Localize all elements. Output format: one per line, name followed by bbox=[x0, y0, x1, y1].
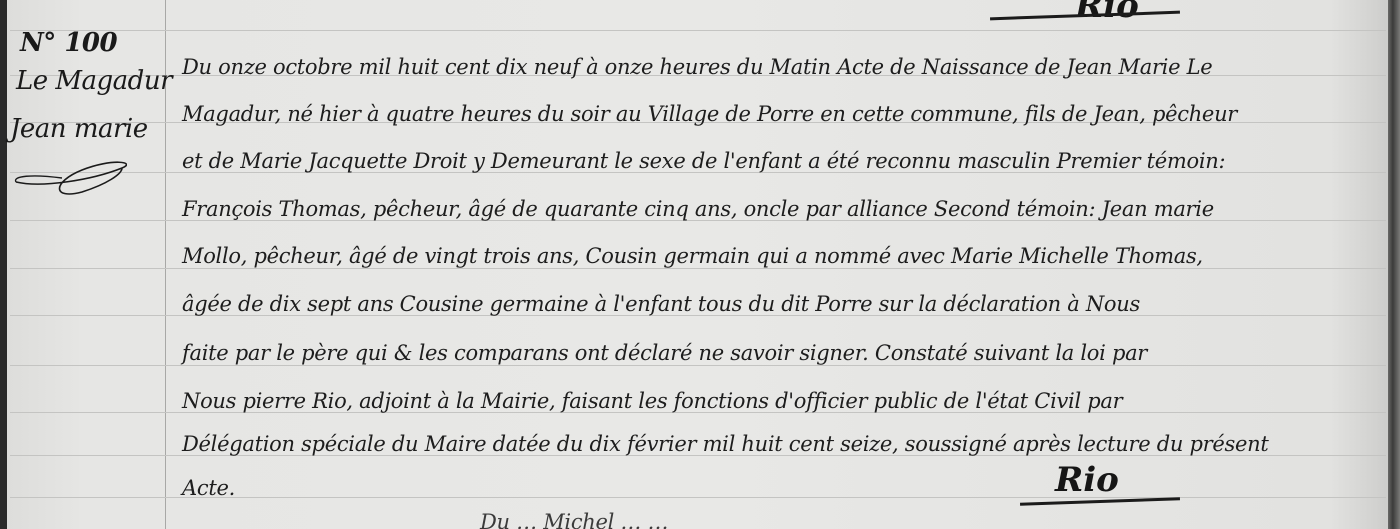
footer-signature: Rio bbox=[1055, 460, 1119, 500]
page-edge bbox=[0, 0, 7, 529]
body-line-4: François Thomas, pêcheur, âgé de quarant… bbox=[182, 199, 1214, 220]
margin-flourish-icon bbox=[12, 160, 127, 198]
document-page: Rio N° 100 Le Magadur Jean marie Du onze… bbox=[0, 0, 1400, 529]
body-line-1: Du onze octobre mil huit cent dix neuf à… bbox=[182, 57, 1212, 78]
body-line-6: âgée de dix sept ans Cousine germaine à … bbox=[182, 294, 1140, 315]
body-line-10: Acte. bbox=[182, 478, 235, 499]
body-line-2: Magadur, né hier à quatre heures du soir… bbox=[182, 104, 1237, 125]
body-line-9: Délégation spéciale du Maire datée du di… bbox=[182, 434, 1268, 455]
margin-given-name: Jean marie bbox=[10, 116, 148, 142]
body-line-8: Nous pierre Rio, adjoint à la Mairie, fa… bbox=[182, 391, 1122, 412]
margin-surname: Le Magadur bbox=[16, 68, 172, 94]
partial-next-line: Du … Michel … … bbox=[480, 512, 668, 529]
ruled-line bbox=[10, 365, 1386, 366]
record-number: N° 100 bbox=[20, 30, 117, 56]
ruled-line bbox=[10, 268, 1386, 269]
body-line-5: Mollo, pêcheur, âgé de vingt trois ans, … bbox=[182, 246, 1203, 267]
body-line-3: et de Marie Jacquette Droit y Demeurant … bbox=[182, 151, 1225, 172]
ruled-line bbox=[10, 30, 1386, 31]
binding-edge bbox=[1388, 0, 1400, 529]
body-line-7: faite par le père qui & les comparans on… bbox=[182, 343, 1147, 364]
